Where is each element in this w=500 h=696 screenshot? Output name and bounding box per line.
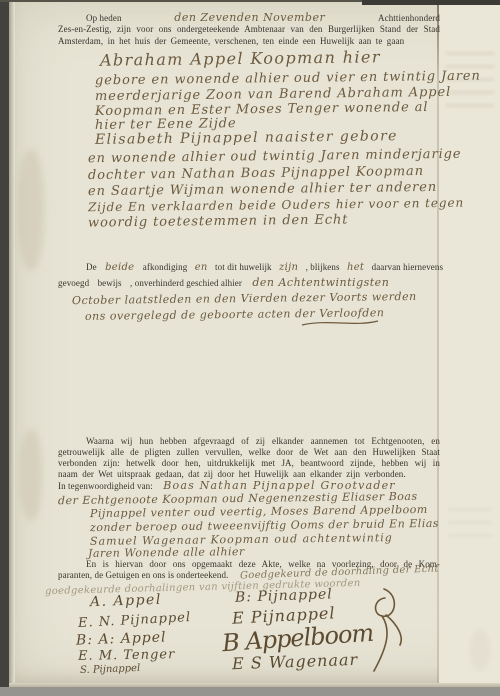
intro-op-heden: Op heden — [86, 13, 122, 24]
witness-hw-line: Jaren Wonende alle alhier — [88, 545, 245, 560]
hw-announcement-date: den Achtentwintigsten — [252, 276, 389, 289]
intro-achttienhonderd: Achttienhonderd — [378, 13, 440, 24]
page-fold-line — [437, 0, 439, 687]
signature: B: A: Appel — [76, 629, 167, 648]
ink-smudge — [20, 430, 42, 520]
paraph-flourish — [352, 585, 408, 675]
vows-line-3: verbonden zijn: hetwelk door hen, uitdru… — [58, 458, 440, 469]
closing-printed: paranten, de Getuigen en ons is ondertee… — [58, 570, 228, 580]
announcement-line-2: gevoegd bewijs , onverhinderd geschied a… — [58, 277, 389, 289]
scanned-marriage-certificate: Op heden den Zevenden November Achttienh… — [0, 0, 500, 696]
announcement-de: De — [86, 262, 97, 272]
announcement-tot: tot dit huwelijk — [215, 262, 272, 272]
ink-smudge — [18, 150, 44, 270]
page-right-of-fold — [439, 0, 500, 687]
intro-line-3: Amsterdam, in het huis der Gemeente, ver… — [58, 36, 404, 47]
intro-line-1: Op heden den Zevenden November Achttienh… — [58, 12, 440, 24]
hw-fill-en: en — [195, 262, 208, 273]
vows-line-2: getrouwelijk alle de pligten zullen verv… — [58, 447, 440, 458]
scan-top-edge-right — [362, 0, 500, 5]
signature: A. Appel — [90, 592, 162, 610]
groom-name-line: Abraham Appel Koopman hier — [100, 47, 381, 69]
hw-fill-beide: beide — [105, 262, 134, 273]
underline-flourish — [300, 318, 380, 328]
announcement-daarvan: daarvan hiernevens — [372, 262, 444, 272]
hw-fill-zijn: zijn — [279, 262, 298, 273]
announcement-blijkens: , blijkens — [306, 262, 340, 272]
page-left-edge — [9, 0, 15, 687]
announcement-line-1: De beide afkondiging en tot dit huwelijk… — [58, 262, 443, 273]
bride-line: woordig toetestemmen in den Echt — [88, 212, 349, 230]
hw-fill-het: het — [347, 262, 364, 273]
ink-smudge — [470, 630, 490, 670]
signature: S. Pijnappel — [80, 663, 141, 676]
in-tegenwoordigheid: In tegenwoordigheid van: — [58, 481, 153, 491]
announcement-onverhinderd: , onverhinderd geschied alhier — [130, 278, 242, 288]
intro-line-2: Zes-en-Zestig, zijn voor ons ondergeteek… — [58, 24, 440, 35]
closing-line-2: paranten, de Getuigen en ons is ondertee… — [58, 570, 228, 581]
handwritten-date: den Zevenden November — [174, 12, 325, 23]
vows-line-1: Waarna wij hun hebben afgevraagd of zij … — [58, 436, 440, 447]
signature: B: Pijnappel — [235, 586, 333, 605]
announcement-gevoegd: gevoegd — [58, 278, 89, 288]
announcement-afkondiging: afkondiging — [143, 262, 188, 272]
scan-bottom-band — [0, 687, 500, 696]
announcement-bewijs: bewijs — [98, 278, 122, 288]
signature: E. M. Tenger — [78, 647, 176, 664]
